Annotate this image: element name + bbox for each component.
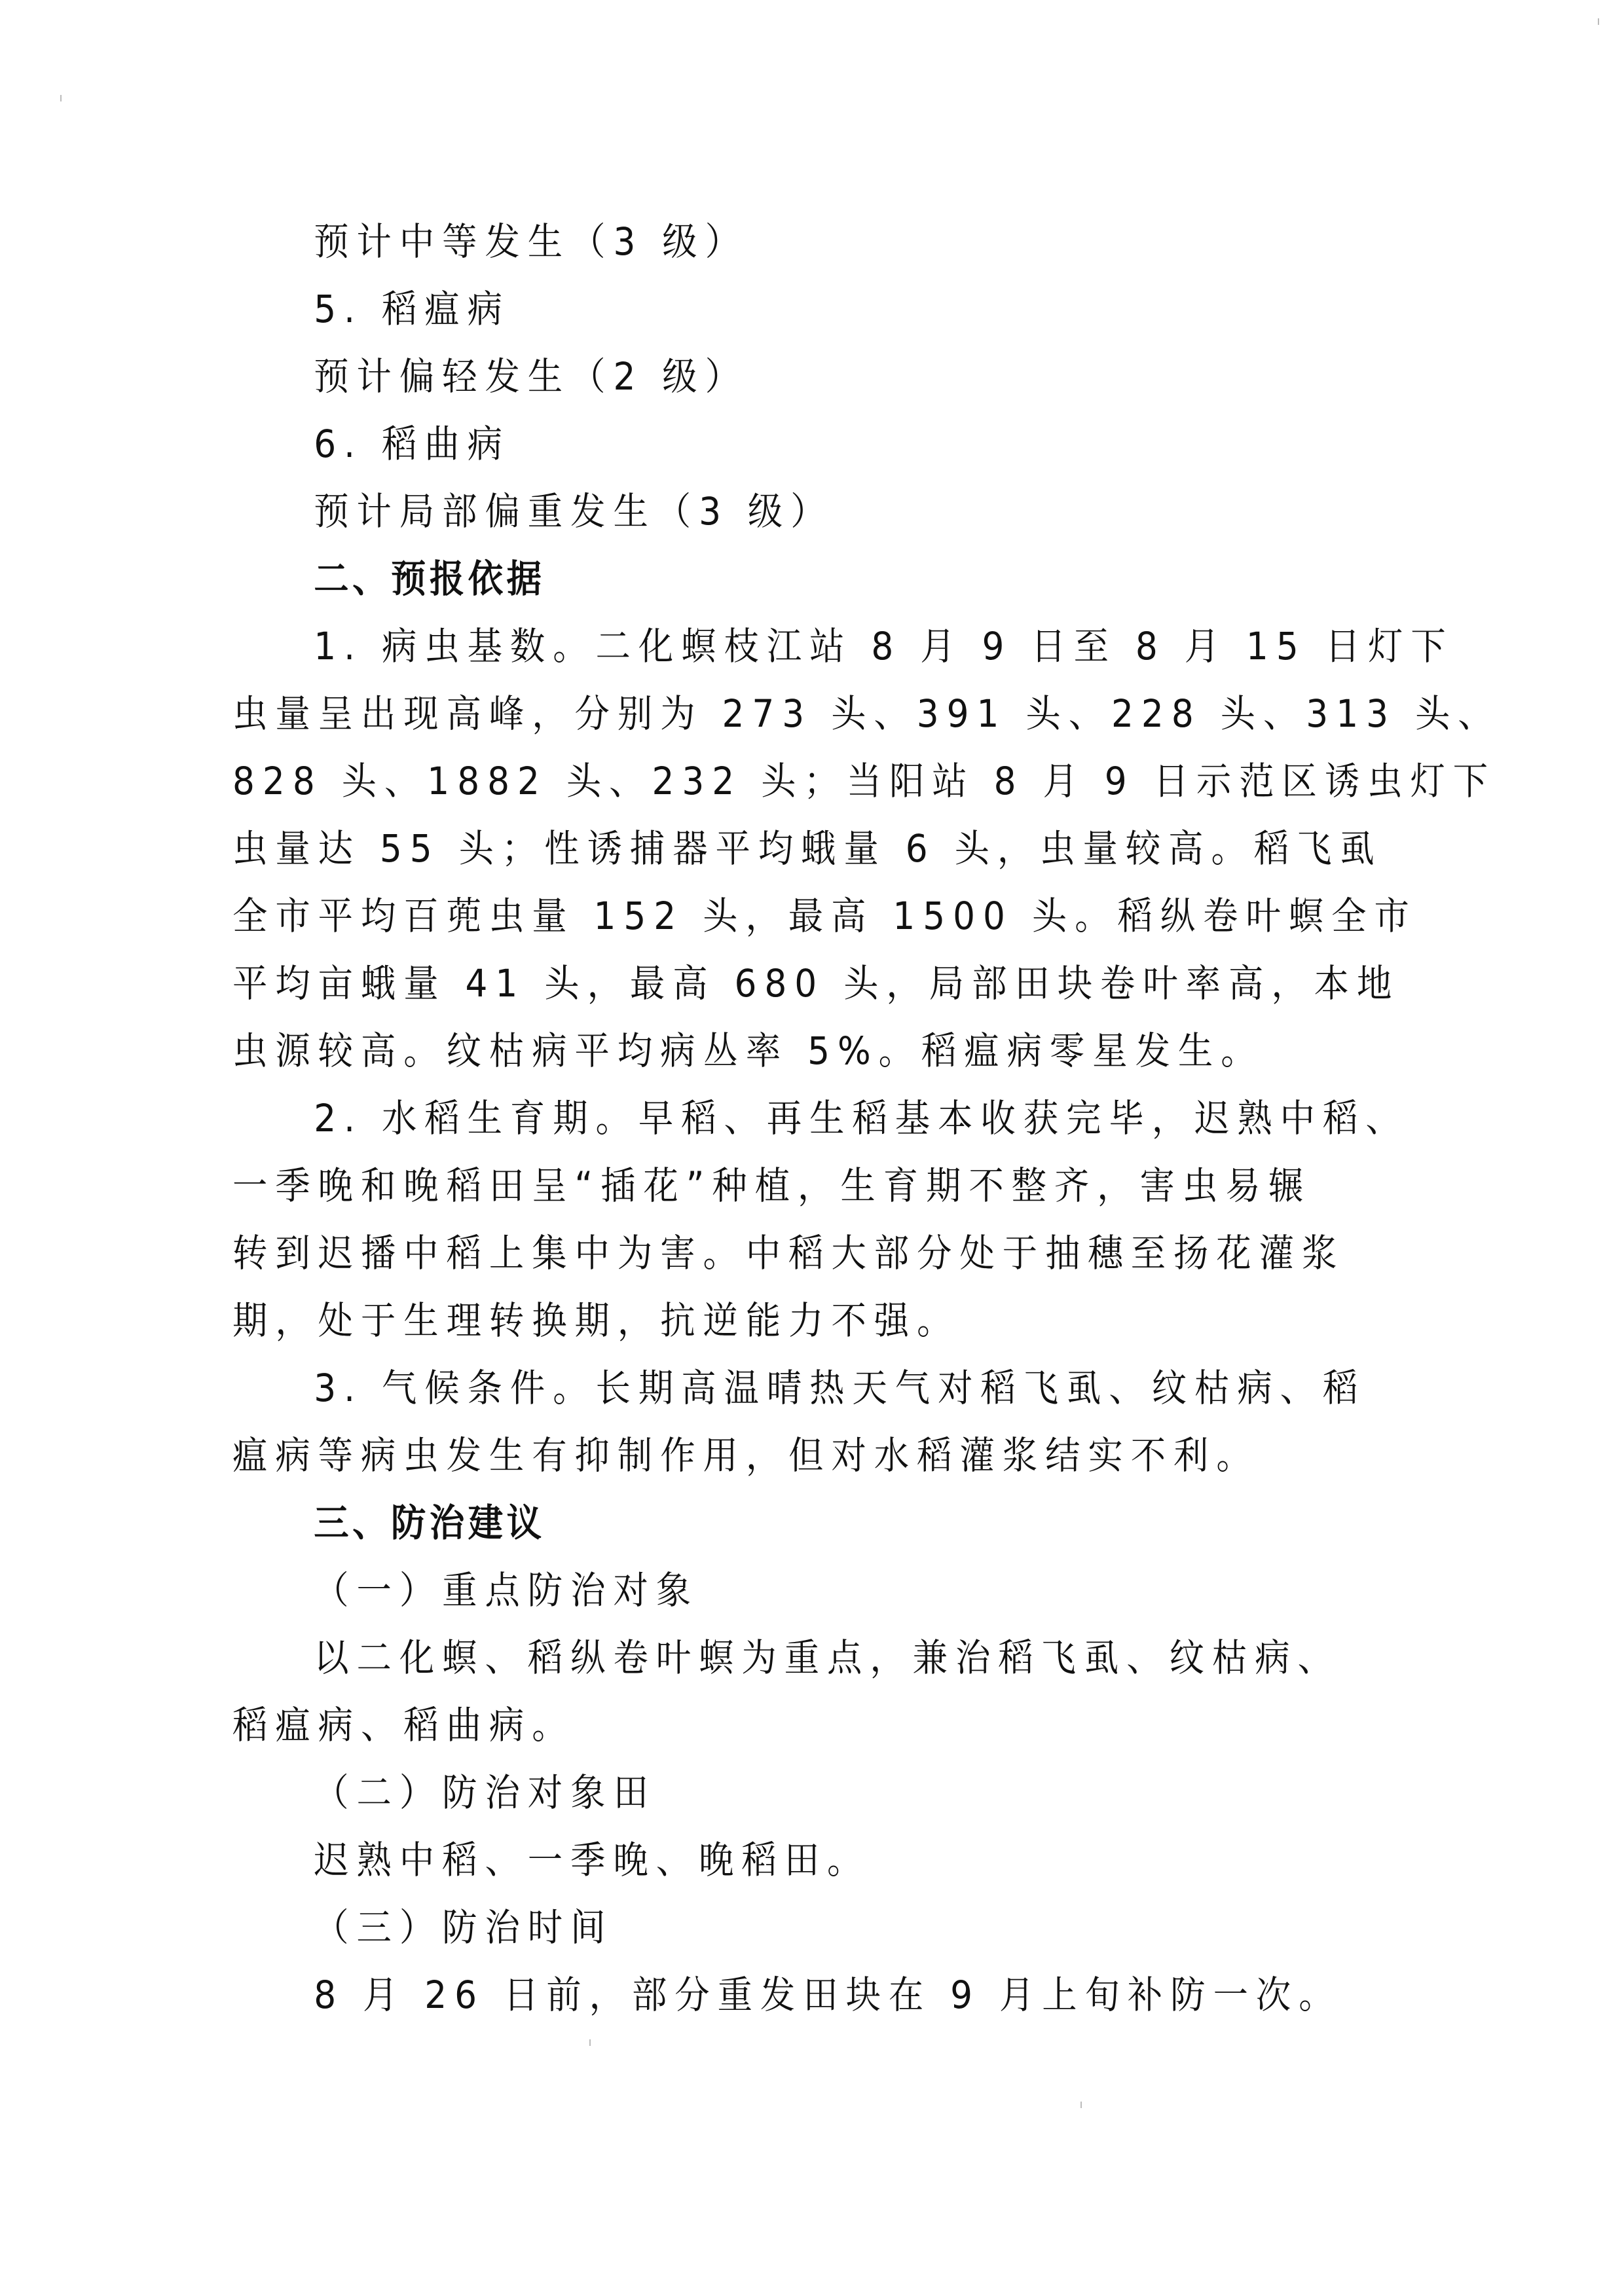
text-line: 稻瘟病、稻曲病。 (232, 1692, 1287, 1759)
subheading-target-fields: （二）防治对象田 (232, 1759, 1287, 1827)
scan-artifact (60, 95, 62, 101)
item-rice-blast: 5. 稻瘟病 (232, 276, 1287, 343)
text-line: 转到迟播中稻上集中为害。中稻大部分处于抽穗至扬花灌浆 (232, 1220, 1287, 1287)
document-page: 预计中等发生（3 级） 5. 稻瘟病 预计偏轻发生（2 级） 6. 稻曲病 预计… (232, 208, 1378, 2029)
section-heading-forecast-basis: 二、预报依据 (232, 545, 1287, 613)
text-line: 期，处于生理转换期，抗逆能力不强。 (232, 1287, 1287, 1355)
forecast-rice-blast-level: 预计偏轻发生（2 级） (232, 343, 1287, 410)
text-line: 828 头、1882 头、232 头；当阳站 8 月 9 日示范区诱虫灯下 (232, 748, 1287, 815)
text-line: 一季晚和晚稻田呈“插花”种植，生育期不整齐，害虫易辗 (232, 1152, 1287, 1220)
paragraph-growth-stage: 2. 水稻生育期。早稻、再生稻基本收获完毕，迟熟中稻、 一季晚和晚稻田呈“插花”… (232, 1085, 1378, 1355)
text-line: 3. 气候条件。长期高温晴热天气对稻飞虱、纹枯病、稻 (232, 1355, 1287, 1422)
text-line: 虫量呈出现高峰，分别为 273 头、391 头、228 头、313 头、 (232, 680, 1287, 748)
text-line: 平均亩蛾量 41 头，最高 680 头，局部田块卷叶率高，本地 (232, 950, 1287, 1017)
item-false-smut: 6. 稻曲病 (232, 410, 1287, 478)
scan-artifact (1080, 2102, 1082, 2108)
text-line: 全市平均百蔸虫量 152 头，最高 1500 头。稻纵卷叶螟全市 (232, 883, 1287, 950)
forecast-false-smut-level: 预计局部偏重发生（3 级） (232, 478, 1287, 545)
text-line: 以二化螟、稻纵卷叶螟为重点，兼治稻飞虱、纹枯病、 (232, 1624, 1287, 1692)
scan-artifact (589, 2039, 591, 2046)
text-line: 8 月 26 日前，部分重发田块在 9 月上旬补防一次。 (232, 1961, 1287, 2029)
subheading-key-targets: （一）重点防治对象 (232, 1557, 1287, 1624)
text-line: 1. 病虫基数。二化螟枝江站 8 月 9 日至 8 月 15 日灯下 (232, 613, 1287, 680)
text-line: 虫源较高。纹枯病平均病丛率 5%。稻瘟病零星发生。 (232, 1017, 1287, 1085)
text-line: 瘟病等病虫发生有抑制作用，但对水稻灌浆结实不利。 (232, 1422, 1287, 1489)
text-line: 2. 水稻生育期。早稻、再生稻基本收获完毕，迟熟中稻、 (232, 1085, 1287, 1152)
scan-artifact (1598, 18, 1599, 25)
text-line: 虫量达 55 头；性诱捕器平均蛾量 6 头，虫量较高。稻飞虱 (232, 815, 1287, 883)
paragraph-pest-base: 1. 病虫基数。二化螟枝江站 8 月 9 日至 8 月 15 日灯下 虫量呈出现… (232, 613, 1378, 1085)
paragraph-climate: 3. 气候条件。长期高温晴热天气对稻飞虱、纹枯病、稻 瘟病等病虫发生有抑制作用，… (232, 1355, 1378, 1489)
forecast-rice-sheath-blight-level: 预计中等发生（3 级） (232, 208, 1287, 276)
subheading-control-timing: （三）防治时间 (232, 1894, 1287, 1961)
section-heading-control-advice: 三、防治建议 (232, 1489, 1287, 1557)
text-line: 迟熟中稻、一季晚、晚稻田。 (232, 1827, 1287, 1894)
